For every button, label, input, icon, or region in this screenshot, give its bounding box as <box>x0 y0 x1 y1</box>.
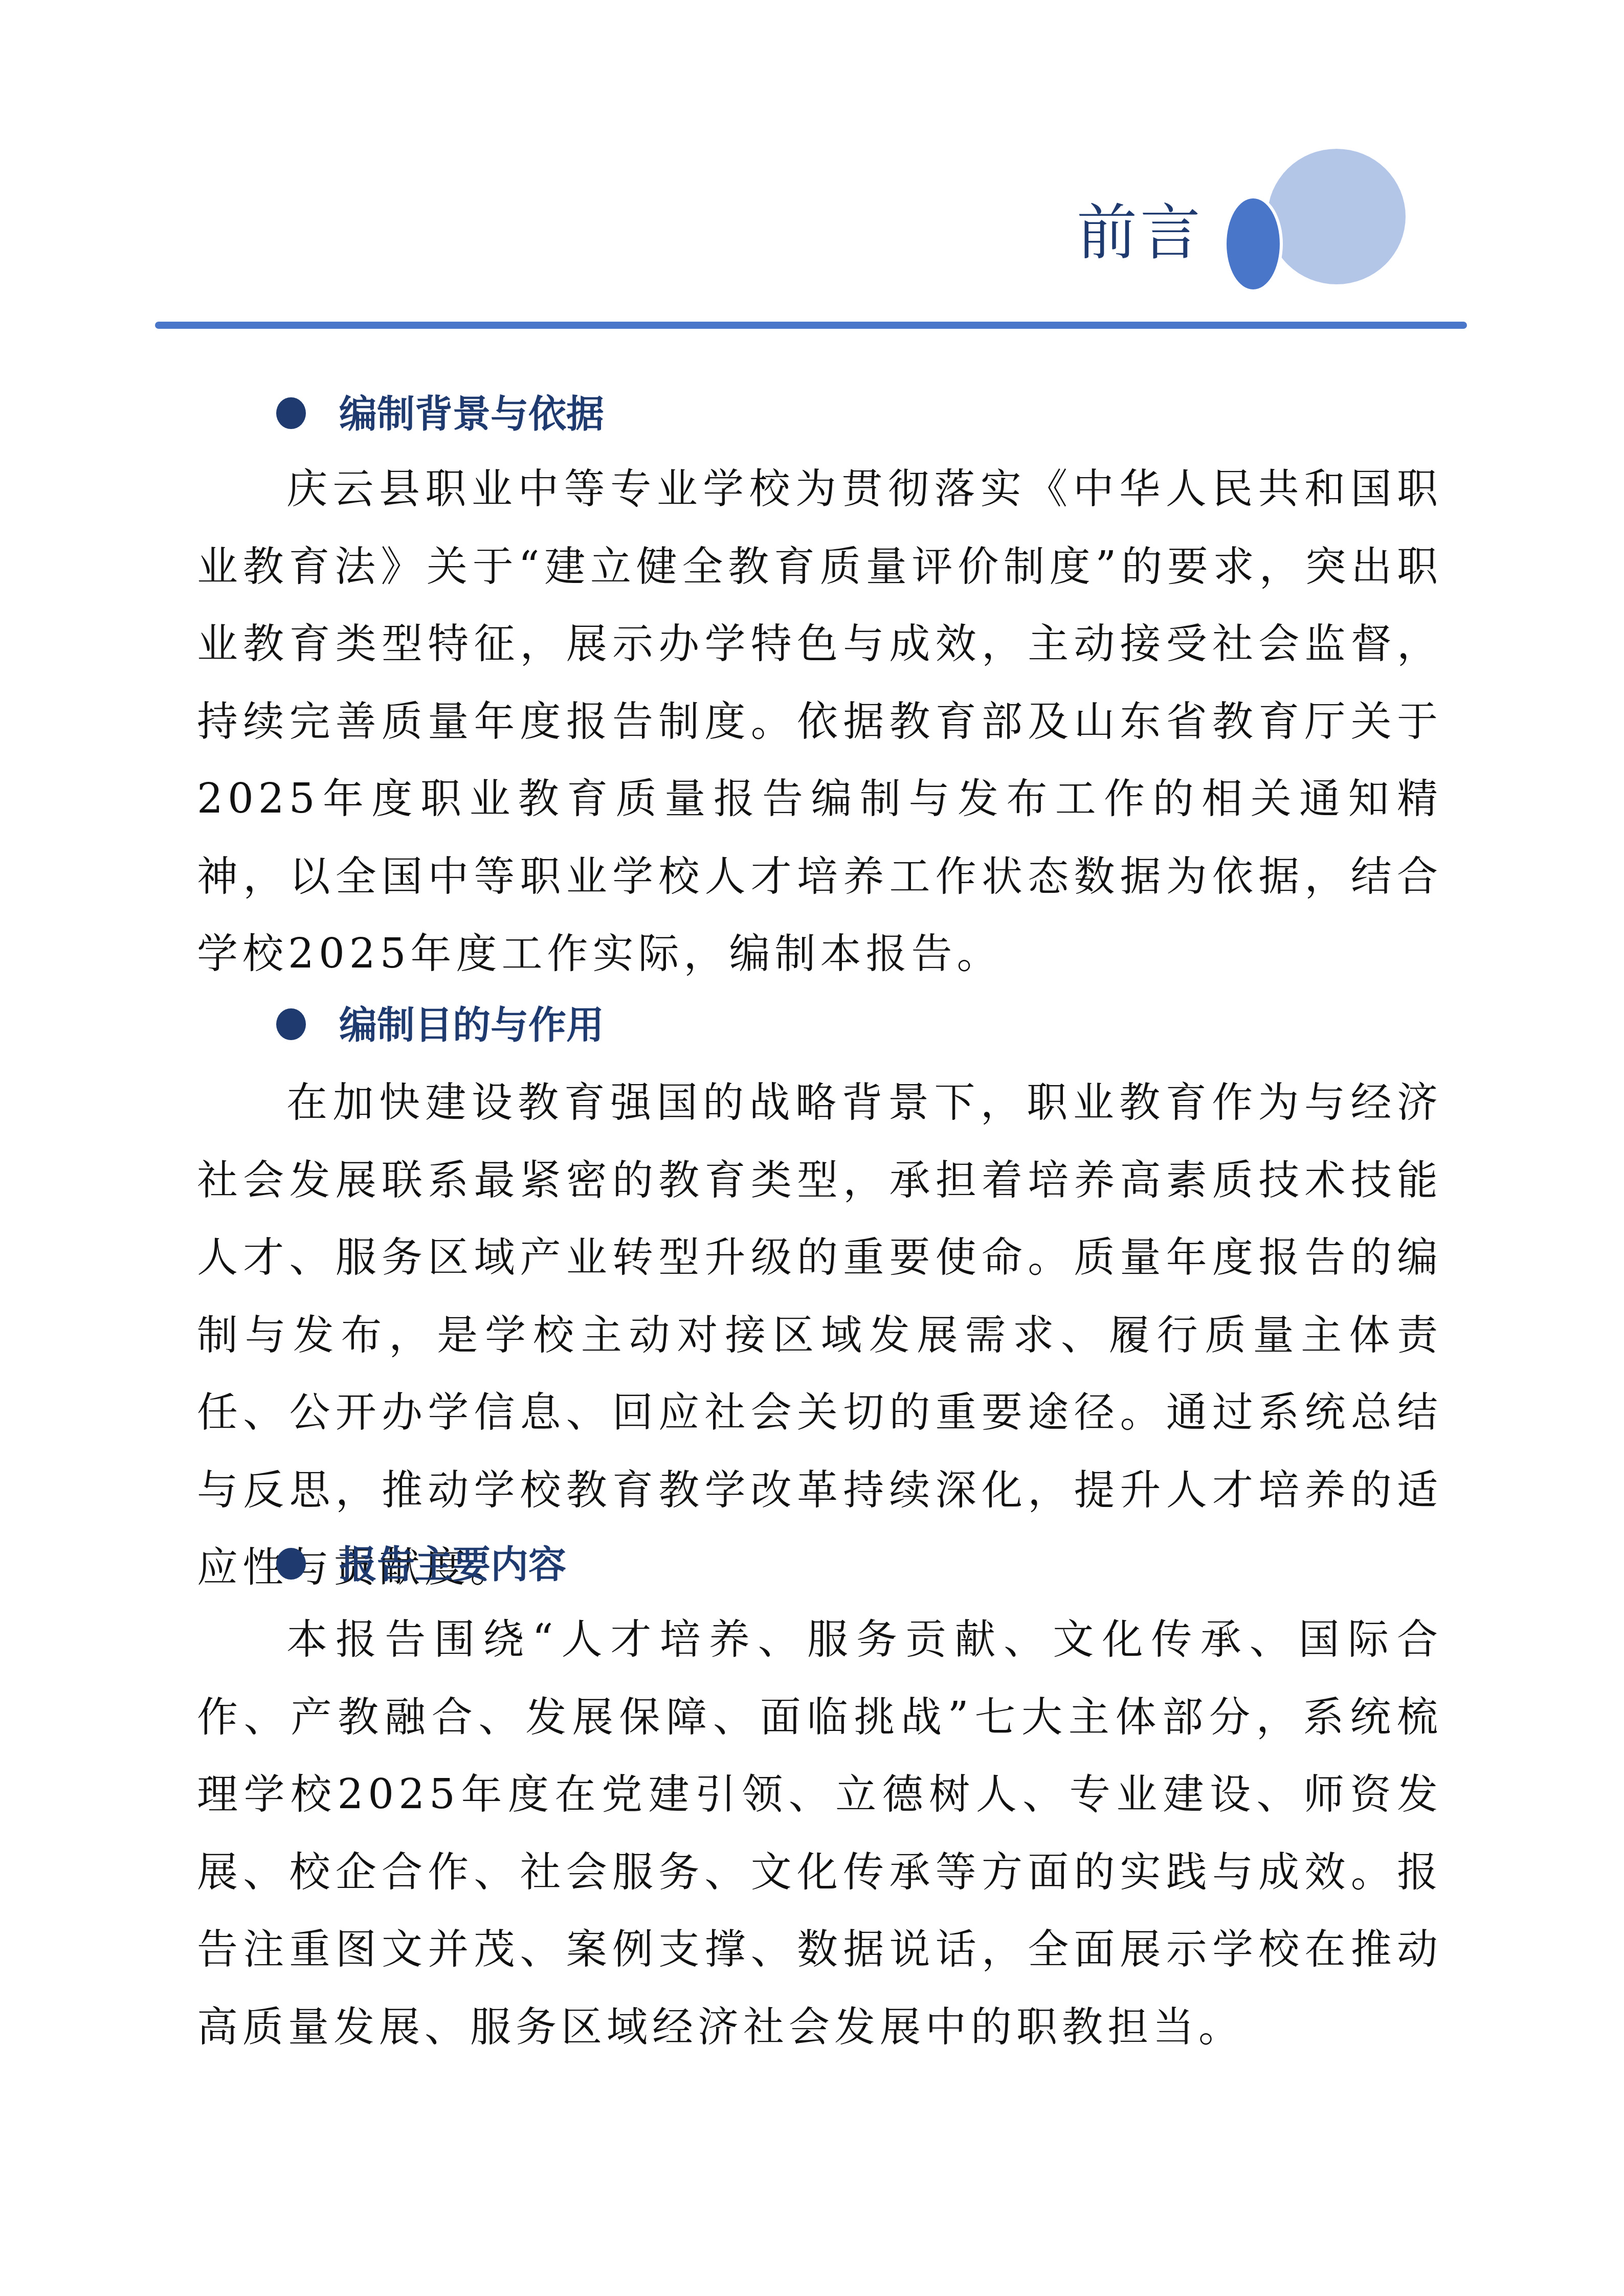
decorative-circle-small-icon <box>1223 195 1283 292</box>
section-heading-text: 报告主要内容 <box>339 1537 566 1593</box>
bullet-dot-icon <box>276 397 306 429</box>
section-body-content: 本报告围绕“人才培养、服务贡献、文化传承、国际合作、产教融合、发展保障、面临挑战… <box>197 1601 1442 2065</box>
section-body-background: 庆云县职业中等专业学校为贯彻落实《中华人民共和国职业教育法》关于“建立健全教育质… <box>197 450 1442 993</box>
section-heading-text: 编制目的与作用 <box>339 997 604 1053</box>
bullet-dot-icon <box>276 1008 306 1040</box>
document-page: 前言 编制背景与依据 庆云县职业中等专业学校为贯彻落实《中华人民共和国职业教育法… <box>0 0 1624 2296</box>
title-divider <box>155 322 1467 329</box>
section-body-purpose: 在加快建设教育强国的战略背景下，职业教育作为与经济社会发展联系最紧密的教育类型，… <box>197 1064 1442 1606</box>
decorative-circle-large-icon <box>1267 149 1406 284</box>
section-heading-text: 编制背景与依据 <box>339 386 604 442</box>
page-title: 前言 <box>1077 197 1204 268</box>
bullet-dot-icon <box>276 1548 306 1580</box>
